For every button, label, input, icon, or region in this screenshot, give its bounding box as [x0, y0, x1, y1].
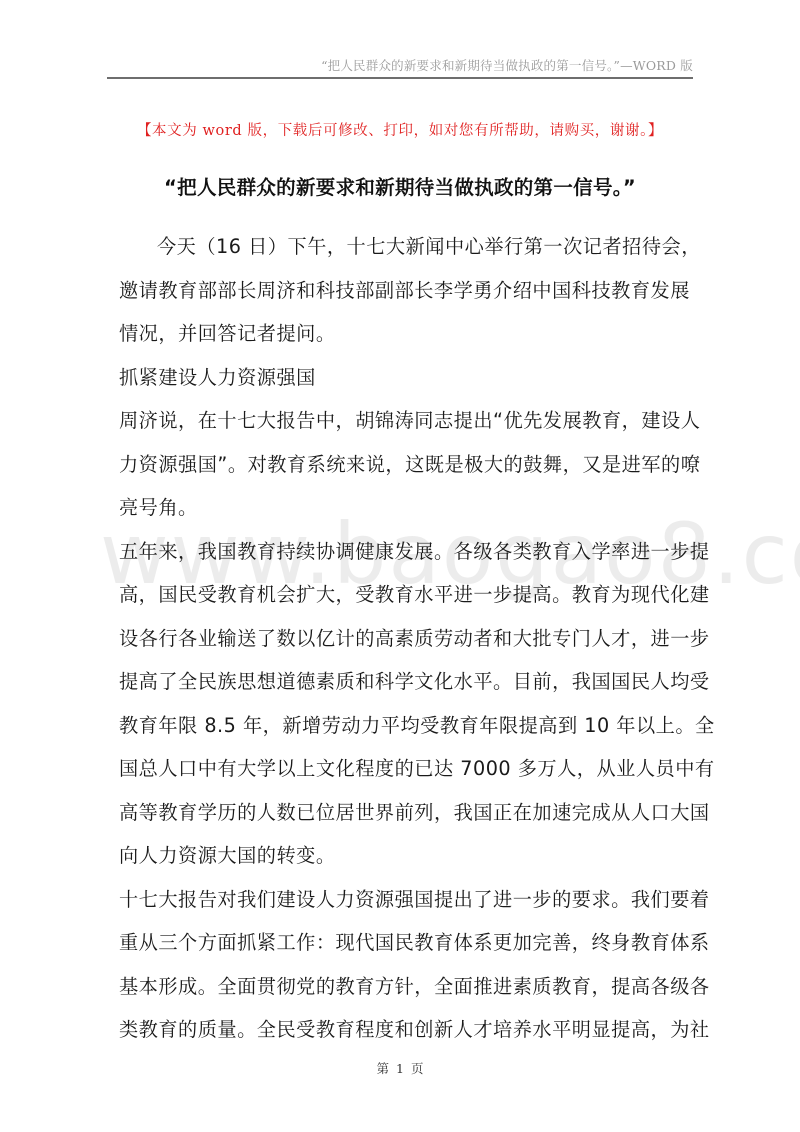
body-line: 设各行各业输送了数以亿计的高素质劳动者和大批专门人才，进一步	[119, 622, 685, 666]
body-line: 高等教育学历的人数已位居世界前列，我国正在加速完成从人口大国	[119, 796, 685, 840]
body-line: 亮号角。	[119, 491, 685, 535]
page-number: 第 1 页	[100, 1059, 700, 1077]
body-line: 十七大报告对我们建设人力资源强国提出了进一步的要求。我们要着	[119, 883, 685, 927]
body-line: 类教育的质量。全民受教育程度和创新人才培养水平明显提高，为社	[119, 1013, 685, 1057]
body-line: 高，国民受教育机会扩大，受教育水平进一步提高。教育为现代化建	[119, 578, 685, 622]
running-header: “把人民群众的新要求和新期待当做执政的第一信号。”—WORD 版	[107, 56, 693, 74]
body-line: 重从三个方面抓紧工作：现代国民教育体系更加完善，终身教育体系	[119, 926, 685, 970]
body-line: 基本形成。全面贯彻党的教育方针，全面推进素质教育，提高各级各	[119, 970, 685, 1014]
document-page: “把人民群众的新要求和新期待当做执政的第一信号。”—WORD 版 【本文为 wo…	[0, 0, 800, 1132]
section-heading: 抓紧建设人力资源强国	[119, 361, 685, 405]
purchase-notice: 【本文为 word 版，下载后可修改、打印，如对您有所帮助，请购买，谢谢。】	[100, 119, 700, 140]
header-divider	[107, 77, 693, 79]
body-line: 情况，并回答记者提问。	[119, 317, 685, 361]
body-line: 教育年限 8.5 年，新增劳动力平均受教育年限提高到 10 年以上。全	[119, 709, 685, 753]
body-line: 周济说，在十七大报告中，胡锦涛同志提出“优先发展教育，建设人	[119, 404, 685, 448]
document-body: 今天（16 日）下午，十七大新闻中心举行第一次记者招待会， 邀请教育部部长周济和…	[119, 230, 685, 1057]
body-line: 今天（16 日）下午，十七大新闻中心举行第一次记者招待会，	[119, 230, 685, 274]
document-title: “把人民群众的新要求和新期待当做执政的第一信号。”	[100, 172, 700, 200]
body-line: 国总人口中有大学以上文化程度的已达 7000 多万人，从业人员中有	[119, 752, 685, 796]
body-line: 提高了全民族思想道德素质和科学文化水平。目前，我国国民人均受	[119, 665, 685, 709]
body-line: 邀请教育部部长周济和科技部副部长李学勇介绍中国科技教育发展	[119, 274, 685, 318]
body-line: 五年来，我国教育持续协调健康发展。各级各类教育入学率进一步提	[119, 535, 685, 579]
body-line: 力资源强国”。对教育系统来说，这既是极大的鼓舞，又是进军的嘹	[119, 448, 685, 492]
body-line: 向人力资源大国的转变。	[119, 839, 685, 883]
